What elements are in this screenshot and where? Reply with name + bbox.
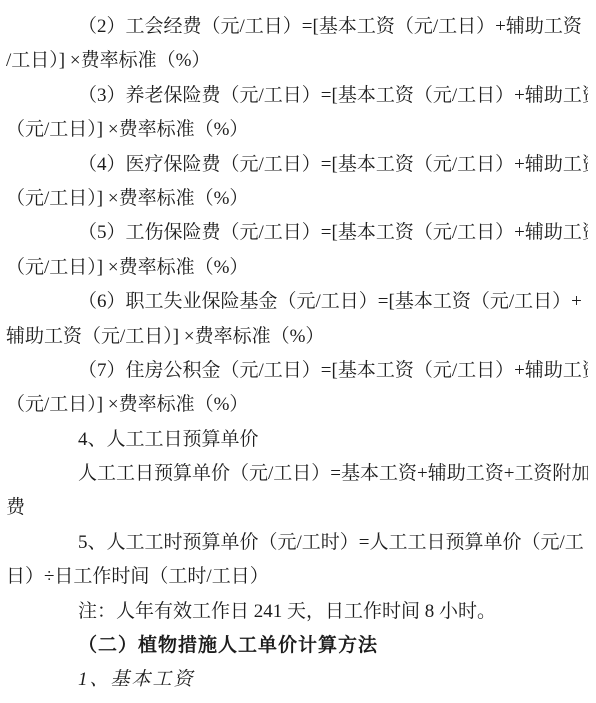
line-item5-workhour-price-part2: 日）÷日工作时间（工时/工日）: [6, 560, 588, 594]
line-workday-price-formula-part1: 人工工日预算单价（元/工日）=基本工资+辅助工资+工资附加: [6, 457, 588, 491]
line-work-injury-insurance-part2: （元/工日）] ×费率标准（%）: [6, 251, 588, 285]
line-pension-insurance-part2: （元/工日）] ×费率标准（%）: [6, 113, 588, 147]
line-item4-workday-unit-price: 4、人工工日预算单价: [6, 423, 588, 457]
line-unemployment-fund-part2: 辅助工资（元/工日）] ×费率标准（%）: [6, 320, 588, 354]
section-heading-plant-measures: （二）植物措施人工单价计算方法: [6, 629, 588, 663]
line-housing-fund-part1: （7）住房公积金（元/工日）=[基本工资（元/工日）+辅助工资: [6, 354, 588, 388]
document-page: （2）工会经费（元/工日）=[基本工资（元/工日）+辅助工资（元 /工日）] ×…: [0, 0, 596, 703]
line-unemployment-fund-part1: （6）职工失业保险基金（元/工日）=[基本工资（元/工日）+: [6, 285, 588, 319]
line-medical-insurance-part2: （元/工日）] ×费率标准（%）: [6, 182, 588, 216]
line-union-fee-formula-part2: /工日）] ×费率标准（%）: [6, 44, 588, 78]
line-housing-fund-part2: （元/工日）] ×费率标准（%）: [6, 388, 588, 422]
line-item1-basic-wage: 1、基本工资: [6, 663, 588, 697]
line-work-injury-insurance-part1: （5）工伤保险费（元/工日）=[基本工资（元/工日）+辅助工资: [6, 216, 588, 250]
line-union-fee-formula-part1: （2）工会经费（元/工日）=[基本工资（元/工日）+辅助工资（元: [6, 10, 588, 44]
line-workday-price-formula-part2: 费: [6, 491, 588, 525]
line-medical-insurance-part1: （4）医疗保险费（元/工日）=[基本工资（元/工日）+辅助工资: [6, 148, 588, 182]
line-note-effective-workdays: 注：人年有效工作日 241 天，日工作时间 8 小时。: [6, 595, 588, 629]
line-item5-workhour-price-part1: 5、人工工时预算单价（元/工时）=人工工日预算单价（元/工: [6, 526, 588, 560]
line-pension-insurance-part1: （3）养老保险费（元/工日）=[基本工资（元/工日）+辅助工资: [6, 79, 588, 113]
